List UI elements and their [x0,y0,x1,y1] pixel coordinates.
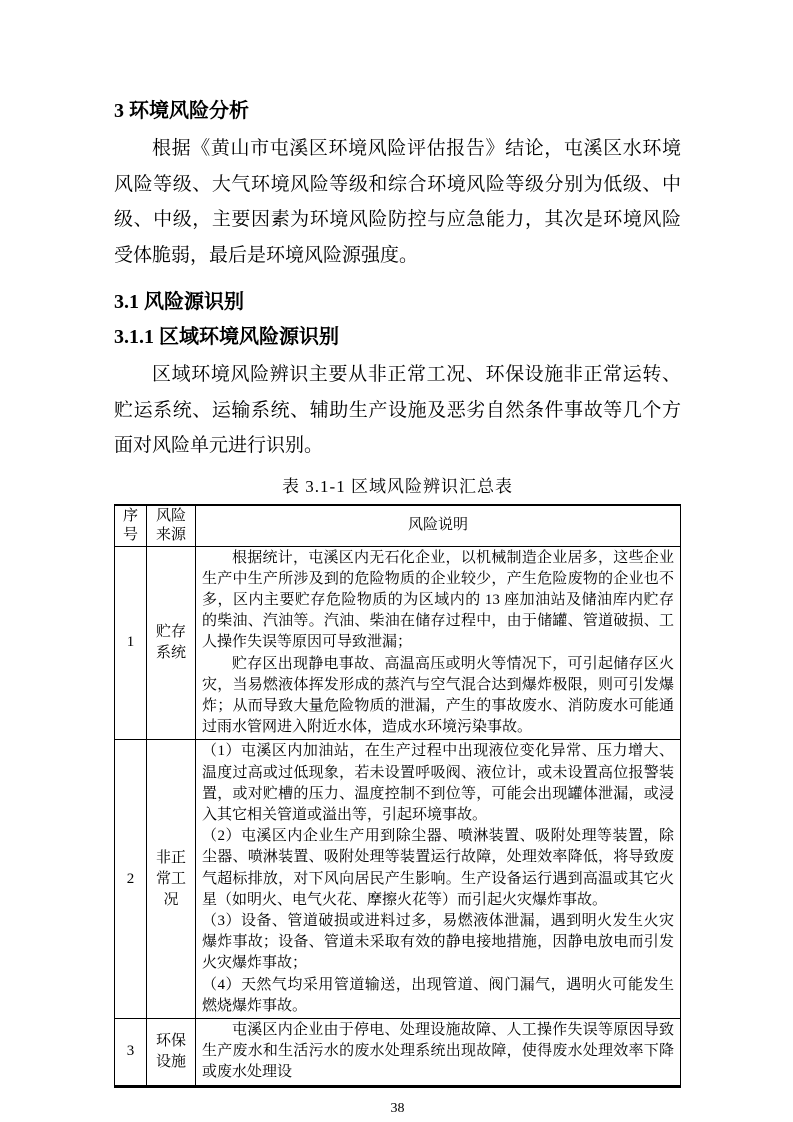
col-header-number: 序号 [115,505,147,547]
row-number: 1 [115,546,147,740]
subsection-heading: 3.1.1 区域环境风险源识别 [114,324,681,350]
table-caption: 表 3.1-1 区域风险辨识汇总表 [114,476,681,498]
row-risk-source: 环保设施 [147,1018,196,1086]
description-paragraph: 贮存区出现静电事故、高温高压或明火等情况下，可引起储存区火灾，当易燃液体挥发形成… [202,654,674,739]
row-risk-source: 贮存系统 [147,546,196,740]
row-number: 3 [115,1018,147,1086]
col-header-risk-source: 风险来源 [147,505,196,547]
table-row: 2 非正常工况 （1）屯溪区内加油站，在生产过程中出现液位变化异常、压力增大、温… [115,740,681,1019]
page-content: 3 环境风险分析 根据《黄山市屯溪区环境风险评估报告》结论，屯溪区水环境风险等级… [114,0,681,1117]
table-row: 3 环保设施 屯溪区内企业由于停电、处理设施故障、人工操作失误等原因导致生产废水… [115,1018,681,1086]
document-page: 3 环境风险分析 根据《黄山市屯溪区环境风险评估报告》结论，屯溪区水环境风险等级… [0,0,793,1122]
description-paragraph: （2）屯溪区内企业生产用到除尘器、喷淋装置、吸附处理等装置，除尘器、喷淋装置、吸… [202,826,674,911]
row-risk-description: （1）屯溪区内加油站，在生产过程中出现液位变化异常、压力增大、温度过高或过低现象… [196,740,681,1019]
row-number: 2 [115,740,147,1019]
description-paragraph: 根据统计，屯溪区内无石化企业，以机械制造企业居多，这些企业生产中生产所涉及到的危… [202,548,674,654]
row-risk-source: 非正常工况 [147,740,196,1019]
description-paragraph: （4）天然气均采用管道输送，出现管道、阀门漏气，遇明火可能发生燃烧爆炸事故。 [202,975,674,1017]
section-paragraph: 区域环境风险辨识主要从非正常工况、环保设施非正常运转、贮运系统、运输系统、辅助生… [114,357,681,464]
chapter-heading: 3 环境风险分析 [114,98,681,124]
section-heading: 3.1 风险源识别 [114,289,681,315]
page-number: 38 [114,1101,681,1117]
table-header-row: 序号 风险来源 风险说明 [115,505,681,547]
row-risk-description: 屯溪区内企业由于停电、处理设施故障、人工操作失误等原因导致生产废水和生活污水的废… [196,1018,681,1086]
description-paragraph: （3）设备、管道破损或进料过多，易燃液体泄漏，遇到明火发生火灾爆炸事故；设备、管… [202,911,674,975]
intro-paragraph: 根据《黄山市屯溪区环境风险评估报告》结论，屯溪区水环境风险等级、大气环境风险等级… [114,131,681,273]
description-paragraph: 屯溪区内企业由于停电、处理设施故障、人工操作失误等原因导致生产废水和生活污水的废… [202,1020,674,1084]
col-header-risk-description: 风险说明 [196,505,681,547]
row-risk-description: 根据统计，屯溪区内无石化企业，以机械制造企业居多，这些企业生产中生产所涉及到的危… [196,546,681,740]
risk-identification-table: 序号 风险来源 风险说明 1 贮存系统 根据统计，屯溪区内无石化企业，以机械制造… [114,504,681,1088]
description-paragraph: （1）屯溪区内加油站，在生产过程中出现液位变化异常、压力增大、温度过高或过低现象… [202,741,674,826]
table-row: 1 贮存系统 根据统计，屯溪区内无石化企业，以机械制造企业居多，这些企业生产中生… [115,546,681,740]
